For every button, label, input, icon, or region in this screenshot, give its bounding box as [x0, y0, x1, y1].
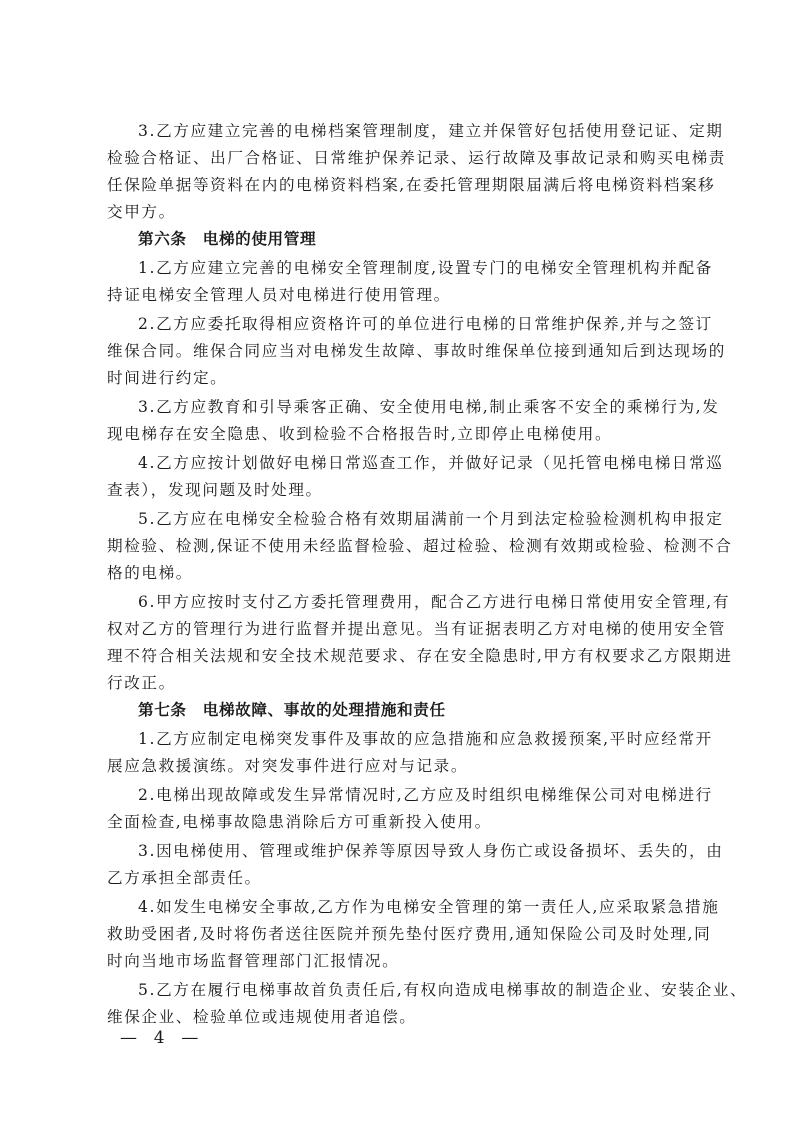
article-6-item-6-line-4: 行改正。 [107, 673, 176, 693]
clause-5-item-3-line-2: 检验合格证、出厂合格证、日常维护保养记录、运行故障及事故记录和购买电梯责 [107, 148, 726, 168]
article-7-item-3-line-2: 乙方承担全部责任。 [107, 868, 262, 888]
article-6-item-1-line-1: 1.乙方应建立完善的电梯安全管理制度,设置专门的电梯安全管理机构并配备 [138, 258, 713, 278]
article-6-item-3-line-2: 现电梯存在安全隐患、收到检验不合格报告时,立即停止电梯使用。 [107, 424, 612, 444]
article-7-item-2-line-2: 全面检查,电梯事故隐患消除后方可重新投入使用。 [107, 812, 492, 832]
article-6-item-4-line-1: 4.乙方应按计划做好电梯日常巡查工作，并做好记录（见托管电梯电梯日常巡 [138, 453, 723, 473]
article-7-item-1-line-1: 1.乙方应制定电梯突发事件及事故的应急措施和应急救援预案,平时应经常开 [138, 729, 713, 749]
article-7-item-4-line-1: 4.如发生电梯安全事故,乙方作为电梯安全管理的第一责任人,应采取紧急措施 [138, 897, 719, 917]
article-6-item-5-line-1: 5.乙方应在电梯安全检验合格有效期届满前一个月到法定检验检测机构申报定 [138, 509, 723, 529]
article-6-heading: 第六条 电梯的使用管理 [138, 229, 316, 249]
article-6-item-2-line-1: 2.乙方应委托取得相应资格许可的单位进行电梯的日常维护保养,并与之签订 [138, 314, 713, 334]
article-7-heading: 第七条 电梯故障、事故的处理措施和责任 [138, 700, 446, 720]
article-7-item-4-line-2: 救助受困者,及时将伤者送往医院并预先垫付医疗费用,通知保险公司及时处理,同 [107, 924, 711, 944]
article-7-item-1-line-2: 展应急救援演练。对突发事件进行应对与记录。 [107, 756, 468, 776]
article-6-item-2-line-2: 维保合同。维保合同应当对电梯发生故障、事故时维保单位接到通知后到达现场的 [107, 341, 726, 361]
article-6-item-2-line-3: 时间进行约定。 [107, 368, 227, 388]
article-6-item-1-line-2: 持证电梯安全管理人员对电梯进行使用管理。 [107, 285, 451, 305]
clause-5-item-3-line-3: 任保险单据等资料在内的电梯资料档案,在委托管理期限届满后将电梯资料档案移 [107, 175, 715, 195]
clause-5-item-3-line-1: 3.乙方应建立完善的电梯档案管理制度，建立并保管好包括使用登记证、定期 [138, 121, 723, 141]
article-6-item-6-line-3: 理不符合相关法规和安全技术规范要求、存在安全隐患时,甲方有权要求乙方限期进 [107, 646, 733, 666]
article-6-item-5-line-2: 期检验、检测,保证不使用未经监督检验、超过检验、检测有效期或检验、检测不合 [107, 536, 733, 556]
article-7-item-5-line-1: 5.乙方在履行电梯事故首负责任后,有权向造成电梯事故的制造企业、安装企业、 [138, 980, 747, 1000]
article-7-item-2-line-1: 2.电梯出现故障或发生异常情况时,乙方应及时组织电梯维保公司对电梯进行 [138, 785, 713, 805]
article-6-item-6-line-1: 6.甲方应按时支付乙方委托管理费用，配合乙方进行电梯日常使用安全管理,有 [138, 592, 730, 612]
article-6-item-4-line-2: 查表），发现问题及时处理。 [107, 480, 323, 500]
article-6-item-6-line-2: 权对乙方的管理行为进行监督并提出意见。当有证据表明乙方对电梯的使用安全管 [107, 619, 726, 639]
article-6-item-5-line-3: 格的电梯。 [107, 563, 193, 583]
clause-5-item-3-line-4: 交甲方。 [107, 202, 176, 222]
article-7-item-5-line-2: 维保企业、检验单位或违规使用者追偿。 [107, 1007, 417, 1027]
page-number: — 4 — [120, 1028, 200, 1048]
article-6-item-3-line-1: 3.乙方应教育和引导乘客正确、安全使用电梯,制止乘客不安全的乘梯行为,发 [138, 397, 719, 417]
article-7-item-3-line-1: 3.因电梯使用、管理或维护保养等原因导致人身伤亡或设备损坏、丢失的，由 [138, 841, 723, 861]
article-7-item-4-line-3: 时向当地市场监督管理部门汇报情况。 [107, 951, 399, 971]
